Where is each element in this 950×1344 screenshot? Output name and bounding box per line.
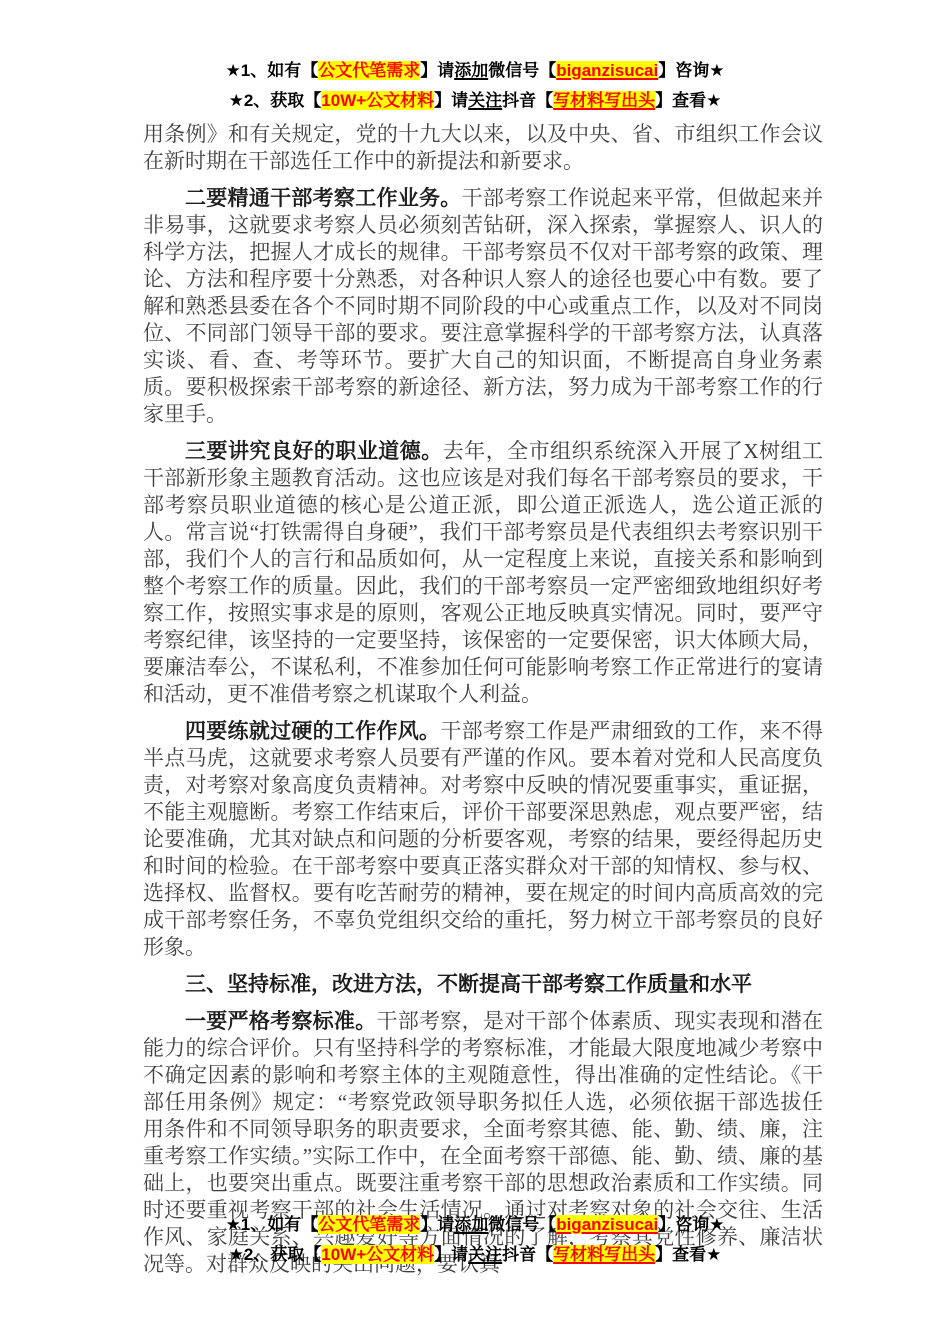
banner-line: ★1、如有【公文代笔需求】请添加微信号【biganzisucai】咨询★ bbox=[0, 1210, 950, 1240]
banner-text: 】请 bbox=[420, 61, 454, 80]
highlight-materials: 10W+公文材料 bbox=[321, 1245, 434, 1264]
banner-text: 】请 bbox=[434, 1245, 468, 1264]
banner-text: 微信号【 bbox=[488, 61, 556, 80]
banner-line: ★1、如有【公文代笔需求】请添加微信号【biganzisucai】咨询★ bbox=[0, 56, 950, 86]
paragraph-text: 用条例》和有关规定，党的十九大以来，以及中央、省、市组织工作会议在新时期在干部选… bbox=[143, 122, 823, 173]
banner-follow-text: 关注 bbox=[468, 1245, 502, 1264]
paragraph-lead: 二要精通干部考察工作业务。 bbox=[185, 186, 462, 210]
header-banner: ★1、如有【公文代笔需求】请添加微信号【biganzisucai】咨询★★2、获… bbox=[0, 56, 950, 116]
paragraph-text: 去年，全市组织系统深入开展了X树组工干部新形象主题教育活动。这也应该是对我们每名… bbox=[143, 439, 823, 706]
banner-text: ★2、获取【 bbox=[229, 1245, 322, 1264]
highlight-materials: 10W+公文材料 bbox=[321, 91, 434, 110]
banner-text: 】查看★ bbox=[655, 1245, 721, 1264]
banner-text: 】请 bbox=[434, 91, 468, 110]
paragraph-lead: 三要讲究良好的职业道德。 bbox=[185, 439, 443, 463]
highlight-writing-service: 公文代笔需求 bbox=[318, 61, 420, 80]
paragraph-continuation: 用条例》和有关规定，党的十九大以来，以及中央、省、市组织工作会议在新时期在干部选… bbox=[143, 121, 823, 175]
highlight-writing-service: 公文代笔需求 bbox=[318, 1215, 420, 1234]
paragraph-lead: 一要严格考察标准。 bbox=[185, 1009, 376, 1033]
banner-text: 】请 bbox=[420, 1215, 454, 1234]
banner-text: 抖音【 bbox=[502, 91, 553, 110]
banner-text: ★2、获取【 bbox=[229, 91, 322, 110]
document-page: ★1、如有【公文代笔需求】请添加微信号【biganzisucai】咨询★★2、获… bbox=[0, 0, 950, 1344]
banner-text: ★1、如有【 bbox=[226, 61, 319, 80]
paragraph-lead: 四要练就过硬的工作作风。 bbox=[185, 719, 440, 743]
banner-add-text: 添加 bbox=[454, 61, 488, 80]
footer-banner: ★1、如有【公文代笔需求】请添加微信号【biganzisucai】咨询★★2、获… bbox=[0, 1210, 950, 1270]
banner-line: ★2、获取【10W+公文材料】请关注抖音【写材料写出头】查看★ bbox=[0, 1240, 950, 1270]
paragraph: 四要练就过硬的工作作风。干部考察工作是严肃细致的工作，来不得半点马虎，这就要求考… bbox=[143, 718, 823, 961]
banner-follow-text: 关注 bbox=[468, 91, 502, 110]
douyin-account: 写材料写出头 bbox=[553, 91, 655, 110]
banner-text: 】咨询★ bbox=[658, 1215, 724, 1234]
paragraph: 二要精通干部考察工作业务。干部考察工作说起来平常，但做起来并非易事，这就要求考察… bbox=[143, 185, 823, 428]
banner-text: 】查看★ bbox=[655, 91, 721, 110]
banner-text: ★1、如有【 bbox=[226, 1215, 319, 1234]
document-body: 用条例》和有关规定，党的十九大以来，以及中央、省、市组织工作会议在新时期在干部选… bbox=[143, 121, 823, 1288]
paragraph: 三要讲究良好的职业道德。去年，全市组织系统深入开展了X树组工干部新形象主题教育活… bbox=[143, 438, 823, 708]
section-heading: 三、坚持标准，改进方法，不断提高干部考察工作质量和水平 bbox=[143, 971, 823, 998]
banner-text: 抖音【 bbox=[502, 1245, 553, 1264]
banner-line: ★2、获取【10W+公文材料】请关注抖音【写材料写出头】查看★ bbox=[0, 86, 950, 116]
douyin-account: 写材料写出头 bbox=[553, 1245, 655, 1264]
paragraph-text: 干部考察工作是严肃细致的工作，来不得半点马虎，这就要求考察人员要有严谨的作风。要… bbox=[143, 719, 823, 959]
banner-add-text: 添加 bbox=[454, 1215, 488, 1234]
paragraph-text: 干部考察工作说起来平常，但做起来并非易事，这就要求考察人员必须刻苦钻研，深入探索… bbox=[143, 186, 823, 426]
banner-text: 】咨询★ bbox=[658, 61, 724, 80]
wechat-id: biganzisucai bbox=[556, 1215, 658, 1234]
banner-text: 微信号【 bbox=[488, 1215, 556, 1234]
wechat-id: biganzisucai bbox=[556, 61, 658, 80]
